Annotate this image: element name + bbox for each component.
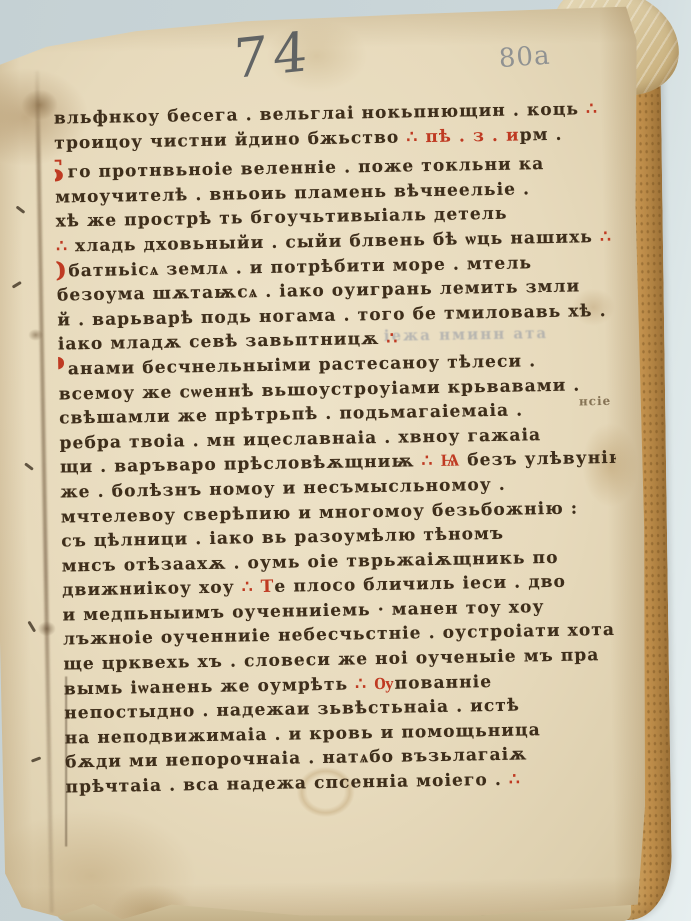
sewing-mark [12,281,22,289]
text-segment: щи . варъваро прѣсловѣѫщниѭ [60,452,415,478]
text-segment: вымь іѡанень же оумрѣть [64,674,349,699]
text-segment: безъ улѣвунію [467,448,622,471]
text-segment: прѣчтаіа . вса надежа спсенніа моіего . [65,770,502,798]
rubric-segment: ∴ [600,227,612,247]
manuscript-photo: 74 80a нсіе іежа нминн ата вльфнкоу бесе… [0,0,691,921]
text-segment: е плосо бличиль іеси . дво [274,572,566,597]
rubric-segment: ∴ пѣ . з . и [406,125,520,147]
rubric-segment: ∴ [386,329,398,349]
text-segment: рм . [520,124,563,145]
text-segment: движниікоу хоу [62,578,235,601]
text-segment: пованніе [394,672,492,694]
sewing-mark [24,462,34,470]
rubric-segment: ∴ Ѹ [348,673,395,694]
parchment-page: 74 80a нсіе іежа нминн ата вльфнкоу бесе… [0,6,654,921]
folio-number: 80a [498,43,551,73]
rubric-initial: Б [54,155,66,190]
sewing-mark [16,205,26,213]
sewing-mark [27,621,36,633]
rubric-segment: ∴ Ѩ [414,451,467,472]
pencil-page-number: 74 [233,24,314,87]
rubric-segment: ∴ [502,770,521,790]
text-segment: троицоу чистни йдино бжьство [54,127,406,153]
manuscript-text: вльфнкоу бесега . вельглаі нокьпнющин . … [54,97,622,800]
rubric-initial: Р [54,351,67,386]
text-segment: іако младѫ севѣ завьптницѫ [58,329,387,355]
rubric-segment: ∴ [579,99,598,119]
rubric-segment: ∴ Т [235,577,275,598]
rubric-initial: Ѻ [54,253,67,288]
binding-crease [35,71,54,913]
sewing-mark [31,756,41,762]
